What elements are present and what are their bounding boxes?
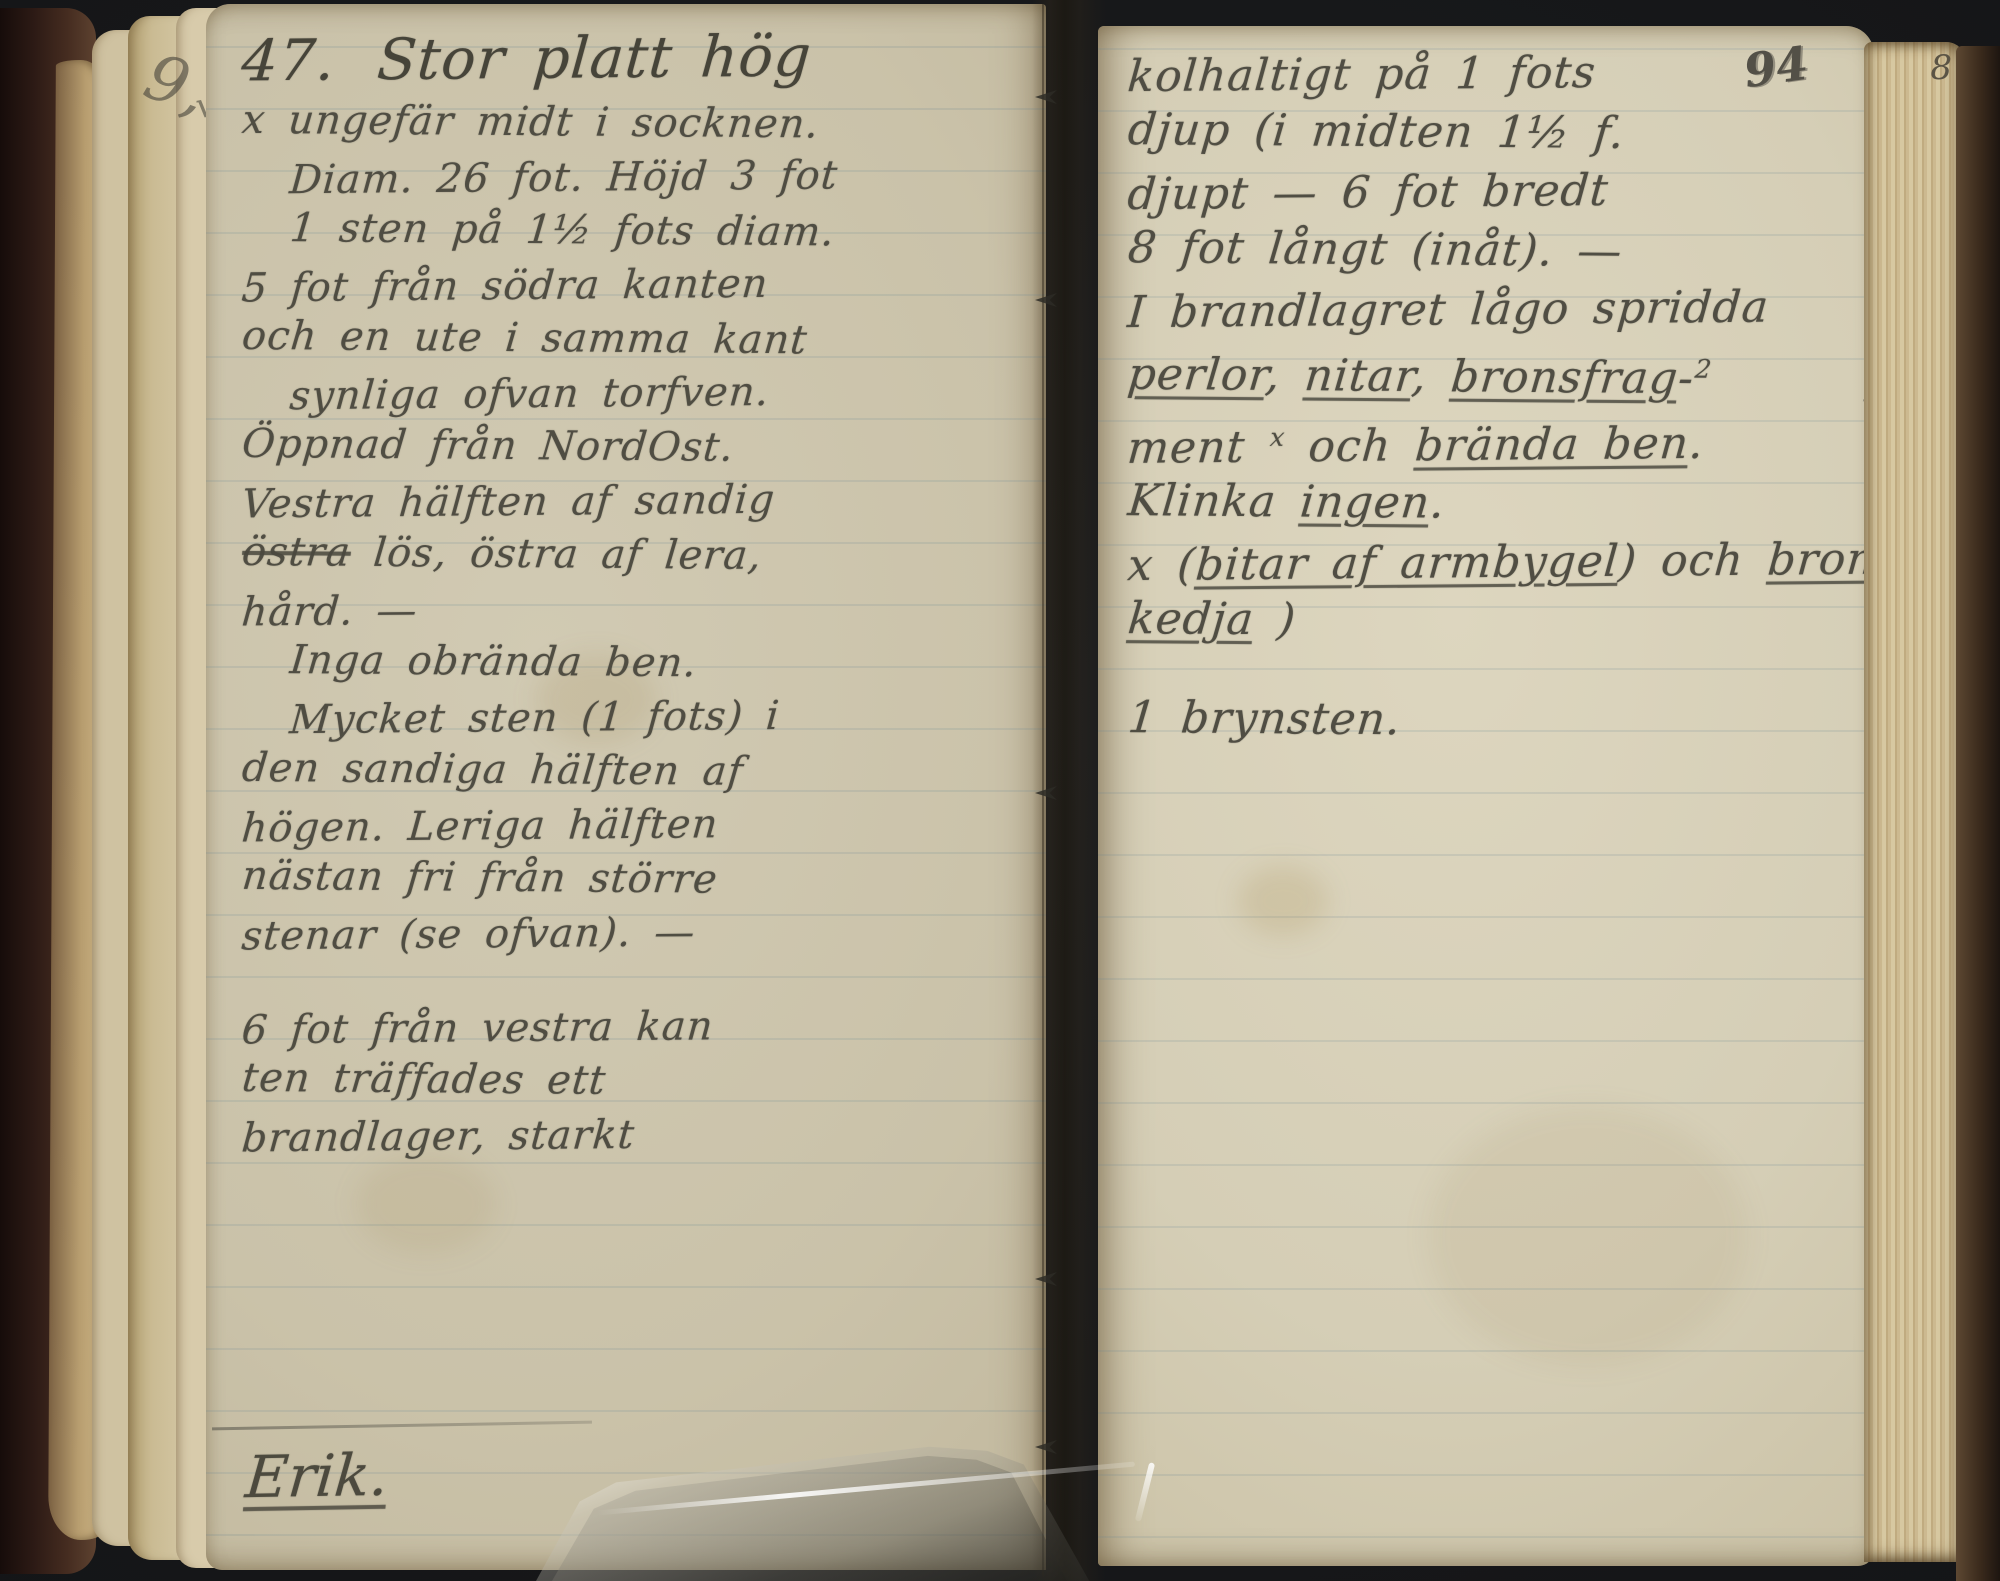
handwritten-segment: Inga obrända ben. bbox=[288, 637, 699, 686]
handwritten-line bbox=[240, 957, 1033, 1003]
left-page-handwriting: 47.Stor platt högx ungefär midt i sockne… bbox=[242, 20, 1032, 1162]
handwritten-line: djup (i midten 1½ f. bbox=[1125, 100, 1860, 165]
handwritten-segment: brända ben bbox=[1413, 418, 1691, 471]
acrylic-slab-inner bbox=[552, 1452, 1248, 1581]
handwritten-segment: hård. — bbox=[240, 588, 420, 636]
handwritten-line: 8 fot långt (inåt). — bbox=[1125, 218, 1860, 283]
handwritten-segment: ment bbox=[1125, 421, 1271, 473]
paper-stain bbox=[356, 1154, 496, 1254]
handwritten-line: brandlager, starkt bbox=[240, 1105, 1035, 1166]
handwritten-line: Inga obrända ben. bbox=[288, 633, 1035, 693]
handwritten-segment: . bbox=[1687, 417, 1706, 468]
handwritten-segment: den sandiga hälften af bbox=[240, 745, 746, 795]
handwritten-segment: och en ute i samma kant bbox=[240, 313, 810, 363]
handwritten-segment: , bbox=[1410, 351, 1454, 402]
handwritten-segment: Stor platt hög bbox=[375, 23, 814, 93]
notebook-scan-photo: { "document": { "type": "handwritten-fie… bbox=[0, 0, 2000, 1581]
handwritten-segment: ingen bbox=[1298, 477, 1433, 529]
book-gutter bbox=[1032, 0, 1106, 1581]
handwritten-segment: Vestra hälften af sandig bbox=[240, 477, 777, 528]
handwritten-line: östra lös, östra af lera, bbox=[240, 525, 1035, 585]
handwritten-line: djupt — 6 fot bredt bbox=[1125, 159, 1860, 224]
acrylic-book-weight bbox=[536, 1444, 1264, 1581]
handwritten-line: hård. — bbox=[240, 579, 1035, 640]
handwritten-segment: Mycket sten (1 fots) i bbox=[288, 693, 782, 743]
paper-stain bbox=[1428, 1106, 1748, 1366]
handwritten-line: ment x och brända ben. bbox=[1125, 403, 1861, 477]
handwritten-segment: 8 fot långt (inåt). — bbox=[1126, 222, 1625, 277]
handwritten-segment: nästan fri från större bbox=[240, 853, 720, 903]
handwritten-line: Öppnad från NordOst. bbox=[240, 417, 1035, 477]
handwritten-segment: nitar bbox=[1302, 350, 1414, 402]
handwritten-line: 1 sten på 1½ fots diam. bbox=[288, 201, 1035, 261]
handwritten-segment: östra bbox=[240, 529, 353, 576]
handwritten-segment: I brandlagret lågo spridda bbox=[1126, 282, 1771, 339]
handwritten-segment: perlor bbox=[1125, 349, 1268, 401]
handwritten-line: Klinka ingen. bbox=[1125, 471, 1860, 536]
handwritten-line: den sandiga hälften af bbox=[240, 741, 1035, 801]
handwritten-line: kedja ) bbox=[1125, 589, 1860, 654]
handwritten-segment: och bbox=[1283, 420, 1418, 472]
handwritten-line: 5 fot från södra kanten bbox=[240, 255, 1035, 316]
signature: Erik. bbox=[243, 1441, 391, 1511]
binding-stitch-mark bbox=[1035, 786, 1057, 800]
handwritten-segment: djup (i midten 1½ f. bbox=[1126, 104, 1627, 159]
handwritten-line: I brandlagret lågo spridda bbox=[1125, 277, 1860, 342]
handwritten-segment: bitar af armbygel bbox=[1194, 536, 1621, 591]
handwritten-line: x ungefär midt i socknen. bbox=[240, 93, 1035, 153]
handwritten-line: x (bitar af armbygel) och brons bbox=[1125, 530, 1860, 595]
handwritten-segment: Öppnad från NordOst. bbox=[240, 421, 736, 471]
handwritten-line: ten träffades ett bbox=[240, 1051, 1035, 1111]
handwritten-segment: stenar (se ofvan). — bbox=[240, 909, 697, 959]
handwritten-line: stenar (se ofvan). — bbox=[240, 903, 1035, 964]
fore-edge-number: 8 bbox=[1930, 48, 1952, 88]
handwritten-segment: Diam. 26 fot. Höjd 3 fot bbox=[288, 152, 840, 203]
handwritten-line: 47.Stor platt hög bbox=[239, 17, 1036, 100]
handwritten-line: nästan fri från större bbox=[240, 849, 1035, 909]
handwritten-segment: 6 fot från vestra kan bbox=[240, 1003, 715, 1053]
handwritten-segment: x ungefär midt i socknen. bbox=[240, 97, 821, 148]
book-cover-right-edge bbox=[1956, 46, 2000, 1581]
binding-stitch-mark bbox=[1035, 293, 1057, 307]
handwritten-segment: . bbox=[1428, 478, 1448, 529]
handwritten-segment: x ( bbox=[1126, 540, 1198, 592]
handwritten-segment: brandlager, starkt bbox=[240, 1112, 637, 1161]
handwritten-segment: djupt — 6 fot bredt bbox=[1126, 165, 1611, 220]
handwritten-segment: bronsfrag bbox=[1449, 351, 1681, 404]
handwritten-segment: ) och bbox=[1617, 535, 1770, 587]
handwritten-segment: synliga ofvan torfven. bbox=[288, 369, 771, 419]
handwritten-segment: ) bbox=[1251, 594, 1298, 645]
handwritten-segment: 1 brynsten. bbox=[1126, 692, 1404, 745]
left-page: 47.Stor platt högx ungefär midt i sockne… bbox=[206, 4, 1046, 1570]
handwritten-segment: , bbox=[1263, 350, 1307, 401]
handwritten-line: Diam. 26 fot. Höjd 3 fot bbox=[288, 147, 1035, 207]
handwritten-segment: 1 sten på 1½ fots diam. bbox=[288, 205, 837, 255]
handwritten-segment: högen. Leriga hälften bbox=[240, 801, 720, 851]
handwritten-segment: 47. bbox=[239, 28, 338, 95]
paper-stain bbox=[1238, 866, 1328, 936]
handwritten-segment: brons bbox=[1766, 534, 1874, 586]
handwritten-line: 1 brynsten. bbox=[1125, 688, 1860, 753]
binding-stitch-mark bbox=[1035, 90, 1057, 104]
fore-edge-page-stack: 8 bbox=[1864, 42, 1966, 1562]
handwritten-line: Vestra hälften af sandig bbox=[240, 471, 1035, 532]
handwritten-line: kolhaltigt på 1 fots bbox=[1125, 41, 1860, 106]
handwritten-segment: lös, östra af lera, bbox=[349, 530, 765, 579]
handwritten-segment: kedja bbox=[1126, 593, 1257, 645]
handwritten-segment: kolhaltigt på 1 fots bbox=[1126, 47, 1598, 102]
right-page: 94 kolhaltigt på 1 fotsdjup (i midten 1½… bbox=[1098, 26, 1874, 1566]
handwritten-segment: 2 bbox=[1694, 355, 1714, 385]
handwritten-line: och en ute i samma kant bbox=[240, 309, 1035, 369]
handwritten-line: 6 fot från vestra kan bbox=[240, 997, 1035, 1058]
handwritten-line: högen. Leriga hälften bbox=[240, 795, 1035, 856]
handwritten-line bbox=[1126, 648, 1860, 694]
handwritten-segment: ten träffades ett bbox=[240, 1055, 608, 1104]
handwritten-segment: Klinka bbox=[1126, 475, 1303, 527]
right-page-handwriting: kolhaltigt på 1 fotsdjup (i midten 1½ f.… bbox=[1128, 44, 1858, 750]
handwritten-line: Mycket sten (1 fots) i bbox=[288, 687, 1035, 747]
binding-stitch-mark bbox=[1035, 1272, 1057, 1286]
handwritten-line: perlor, nitar, bronsfrag-2 bbox=[1125, 336, 1861, 409]
handwritten-segment: 5 fot från södra kanten bbox=[240, 261, 770, 312]
handwritten-line: synliga ofvan torfven. bbox=[288, 363, 1035, 423]
